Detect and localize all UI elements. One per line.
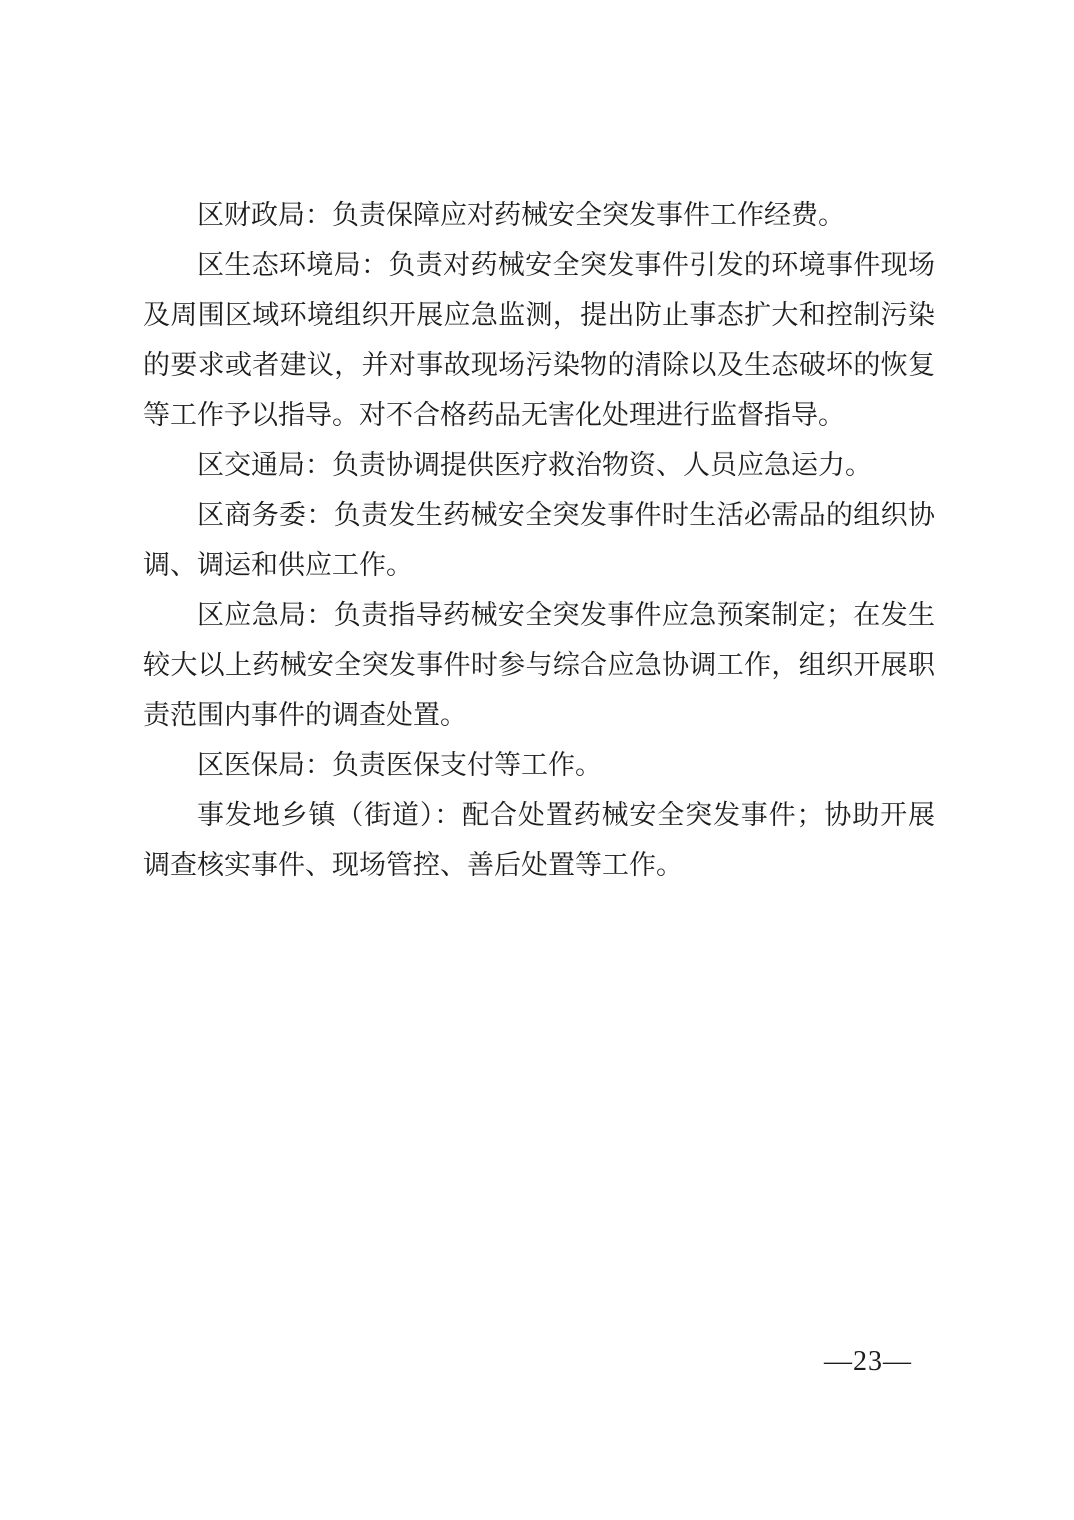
document-page: 区财政局：负责保障应对药械安全突发事件工作经费。 区生态环境局：负责对药械安全突… xyxy=(0,0,1074,1520)
page-number: —23— xyxy=(824,1346,912,1378)
paragraph-emergency-bureau: 区应急局：负责指导药械安全突发事件应急预案制定；在发生较大以上药械安全突发事件时… xyxy=(143,590,935,740)
paragraph-medical-insurance-bureau: 区医保局：负责医保支付等工作。 xyxy=(143,740,935,790)
paragraph-township-street: 事发地乡镇（街道）：配合处置药械安全突发事件；协助开展调查核实事件、现场管控、善… xyxy=(143,790,935,890)
document-body: 区财政局：负责保障应对药械安全突发事件工作经费。 区生态环境局：负责对药械安全突… xyxy=(143,190,935,890)
paragraph-ecology-environment-bureau: 区生态环境局：负责对药械安全突发事件引发的环境事件现场及周围区域环境组织开展应急… xyxy=(143,240,935,440)
paragraph-transport-bureau: 区交通局：负责协调提供医疗救治物资、人员应急运力。 xyxy=(143,440,935,490)
paragraph-finance-bureau: 区财政局：负责保障应对药械安全突发事件工作经费。 xyxy=(143,190,935,240)
paragraph-commerce-committee: 区商务委：负责发生药械安全突发事件时生活必需品的组织协调、调运和供应工作。 xyxy=(143,490,935,590)
